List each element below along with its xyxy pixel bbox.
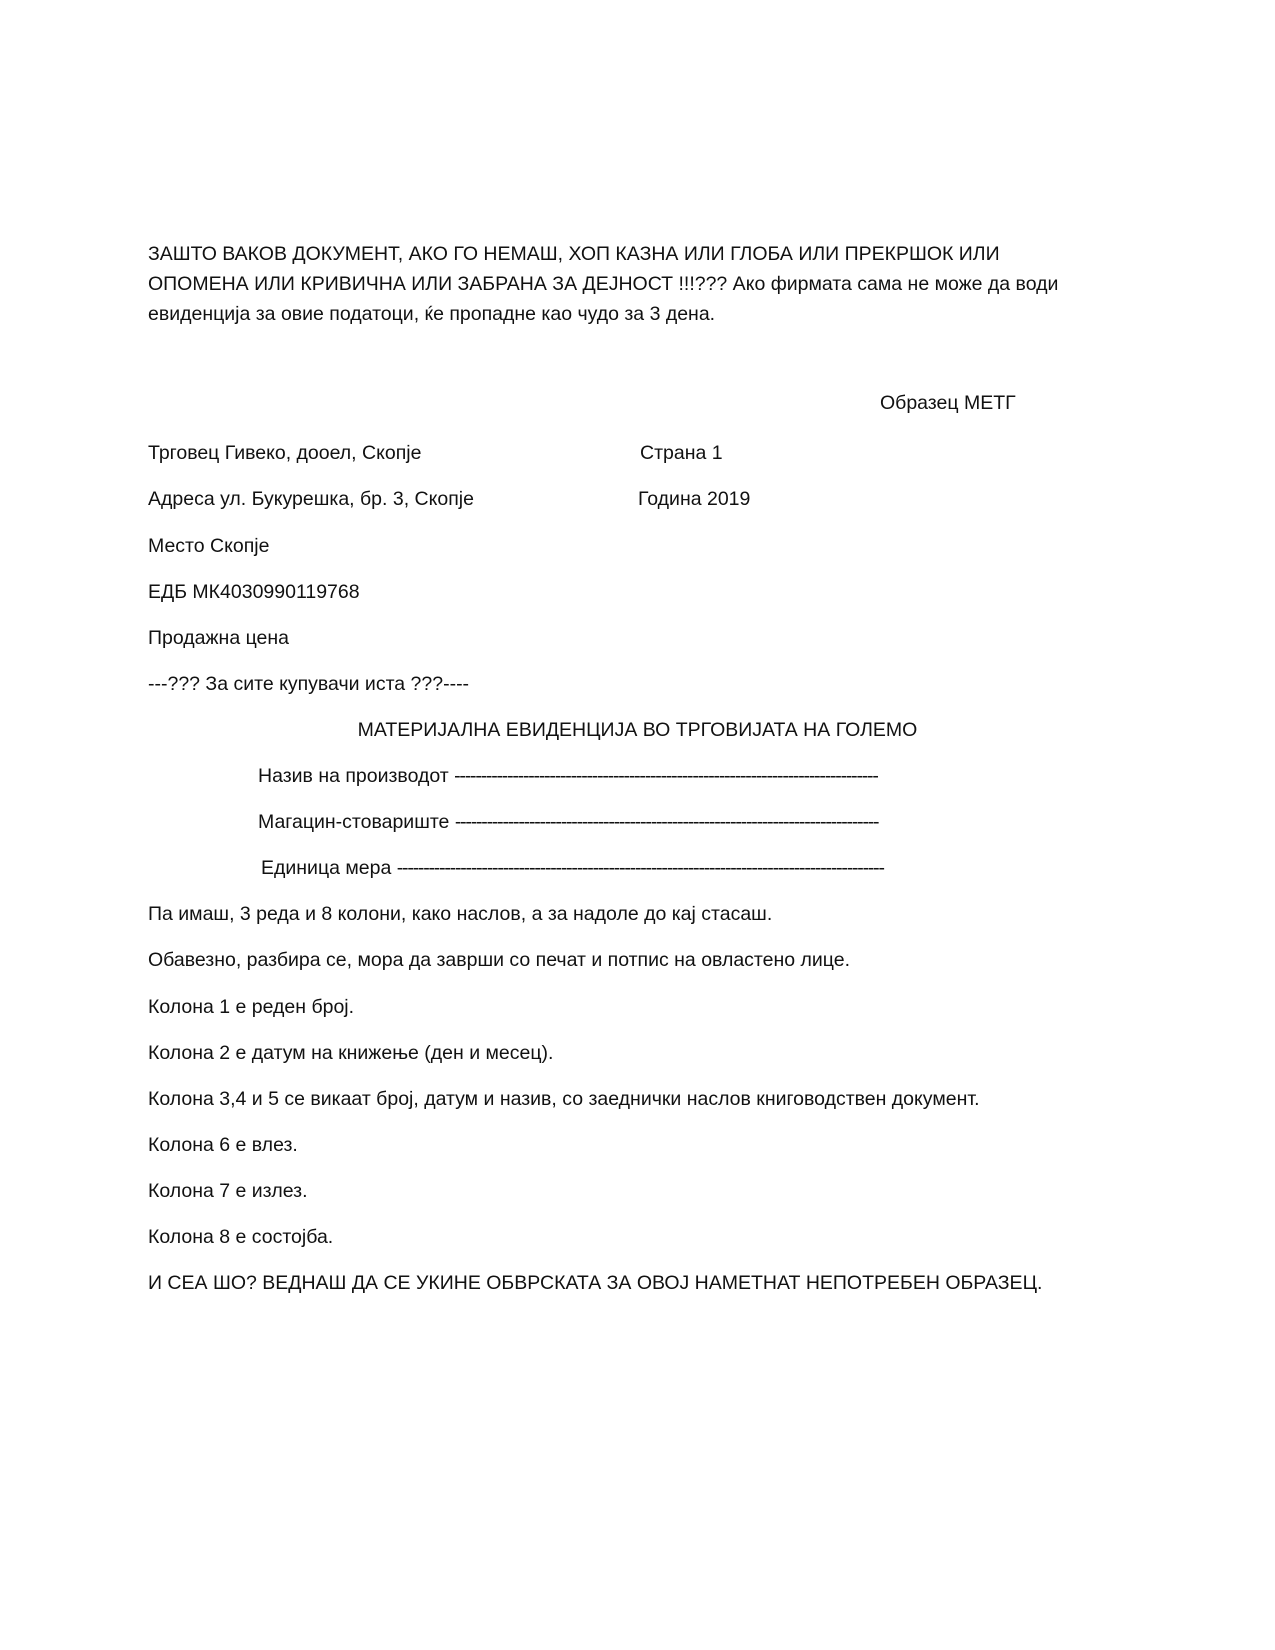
field-product-name: Назив на производот --------------------… <box>258 764 878 788</box>
year: Година 2019 <box>638 487 750 511</box>
field-label: Магацин-стовариште <box>258 811 449 833</box>
intro-line-3: евиденција за овие податоци, ќе пропадне… <box>148 302 715 326</box>
field-label: Назив на производот <box>258 765 449 787</box>
place: Место Скопје <box>148 534 269 558</box>
field-fill-line: ----------------------------------------… <box>455 811 879 833</box>
field-fill-line: ----------------------------------------… <box>454 765 878 787</box>
note-line: Колона 8 е состојба. <box>148 1225 333 1249</box>
document-title: МАТЕРИЈАЛНА ЕВИДЕНЦИЈА ВО ТРГОВИЈАТА НА … <box>0 718 1275 742</box>
note-line: Колона 3,4 и 5 се викаат број, датум и н… <box>148 1087 980 1111</box>
note-line: Колона 6 е влез. <box>148 1133 298 1157</box>
note-line: Обавезно, разбира се, мора да заврши со … <box>148 948 850 972</box>
field-warehouse: Магацин-стовариште ---------------------… <box>258 810 878 834</box>
edb-number: ЕДБ МК4030990119768 <box>148 580 360 604</box>
intro-line-2: ОПОМЕНА ИЛИ КРИВИЧНА ИЛИ ЗАБРАНА ЗА ДЕЈН… <box>148 272 1058 296</box>
page-number: Страна 1 <box>640 441 723 465</box>
sale-price-label: Продажна цена <box>148 626 289 650</box>
closing-statement: И СЕА ШО? ВЕДНАШ ДА СЕ УКИНЕ ОБВРСКАТА З… <box>148 1271 1042 1295</box>
trader-name: Трговец Гивеко, дооел, Скопје <box>148 441 421 465</box>
intro-line-1: ЗАШТО ВАКОВ ДОКУМЕНТ, АКО ГО НЕМАШ, ХОП … <box>148 242 1000 266</box>
address: Адреса ул. Букурешка, бр. 3, Скопје <box>148 487 474 511</box>
note-line: Па имаш, 3 реда и 8 колони, како наслов,… <box>148 902 772 926</box>
note-line: Колона 2 е датум на книжење (ден и месец… <box>148 1041 553 1065</box>
field-fill-line: ----------------------------------------… <box>397 857 884 879</box>
note-line: Колона 7 е излез. <box>148 1179 308 1203</box>
form-code: Образец МЕТГ <box>880 391 1016 415</box>
field-unit: Единица мера ---------------------------… <box>261 856 884 880</box>
sale-price-note: ---??? За сите купувачи иста ???---- <box>148 672 469 696</box>
field-label: Единица мера <box>261 857 391 879</box>
note-line: Колона 1 е реден број. <box>148 995 354 1019</box>
